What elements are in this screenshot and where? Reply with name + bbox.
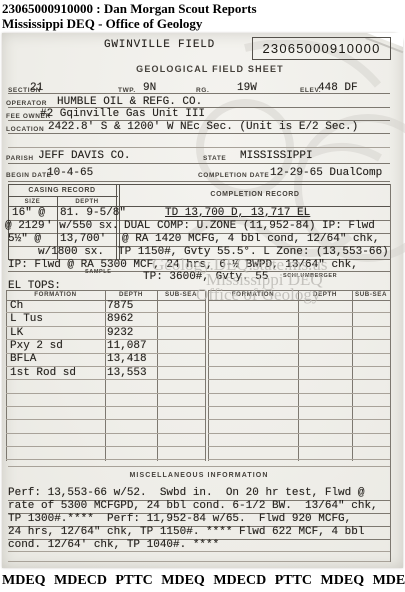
page-title: 23065000910000 : Dan Morgan Scout Report… — [2, 1, 257, 17]
field-name: GWINVILLE FIELD — [104, 40, 215, 51]
label-operator: OPERATOR — [6, 100, 47, 107]
record-segment: DUAL COMP: U.ZONE (11,952-84) IP: Flwd — [124, 221, 375, 232]
misc-line: 24 hrs, 12/64" chk, TP 1150#. **** Flwd … — [8, 527, 364, 538]
label-twp: TWP. — [118, 87, 136, 94]
el-tops-label: EL TOPS: — [8, 281, 61, 292]
el-tops-row: BFLA13,418 — [6, 353, 205, 366]
rule-line-horizontal — [8, 181, 390, 182]
page-subtitle: Mississippi DEQ - Office of Geology — [2, 16, 202, 32]
el-tops-row — [208, 327, 390, 340]
sheet-title: GEOLOGICAL FIELD SHEET — [110, 66, 310, 73]
rule-line-vertical — [390, 184, 391, 562]
el-tops-row — [208, 340, 390, 353]
rule-line-horizontal — [8, 196, 118, 197]
record-segment: 5½" @ — [8, 234, 41, 245]
el-tops-header-depth-left: DEPTH — [105, 291, 157, 298]
rule-line-horizontal — [8, 551, 390, 552]
label-state: STATE — [203, 155, 226, 162]
footer-stamp-row: MDEQ MDECD PTTC MDEQ MDECD PTTC MDEQ MDE… — [2, 573, 405, 589]
el-tops-cell-depth: 11,087 — [107, 341, 147, 352]
value-state: MISSISSIPPI — [240, 151, 313, 162]
el-tops-cell-depth: 9232 — [107, 328, 133, 339]
label-rg: RG. — [196, 87, 209, 94]
el-tops-row: L Tus8962 — [6, 313, 205, 326]
el-tops-row — [208, 353, 390, 366]
el-tops-cell-depth: 13,418 — [107, 354, 147, 365]
rule-line-vertical — [205, 291, 206, 461]
misc-title: MISCELLANEOUS INFORMATION — [8, 472, 390, 479]
value-fee-owner: #2 Gqinville Gas Unit III — [40, 109, 205, 120]
el-tops-cell-depth: 13,553 — [107, 368, 147, 379]
scout-report-page: { "page_header": { "line1": "23065000910… — [0, 0, 405, 592]
el-tops-row — [208, 407, 390, 420]
label-completion-date: COMPLETION DATE — [198, 172, 269, 179]
el-tops-cell-formation: 1st Rod sd — [10, 368, 76, 379]
value-elev: 448 DF — [318, 83, 358, 94]
el-tops-row — [6, 380, 205, 393]
el-tops-row — [208, 380, 390, 393]
el-tops-cell-formation: L Tus — [10, 314, 43, 325]
value-location: 2422.8' S & 1200' W NEc Sec. (Unit is E/… — [48, 122, 358, 133]
casing-col-size: SIZE — [8, 199, 57, 206]
value-rg: 19W — [237, 83, 257, 94]
el-tops-row: 1st Rod sd13,553 — [6, 367, 205, 380]
el-tops-row — [6, 420, 205, 433]
rule-line-horizontal — [8, 561, 390, 562]
el-tops-row: Ch7875 — [6, 300, 205, 313]
misc-line: TP 1300#.**** Perf: 11,952-84 w/65. Flwd… — [8, 514, 351, 525]
record-segment: 81. 9-5/8" — [60, 208, 126, 219]
el-tops-cell-formation: BFLA — [10, 354, 36, 365]
el-tops-row — [6, 434, 205, 447]
record-segment: ' w/550 sx. — [46, 221, 119, 232]
el-tops-row — [208, 367, 390, 380]
el-tops-cell-formation: Ch — [10, 301, 23, 312]
el-tops-row: LK9232 — [6, 327, 205, 340]
record-segment: TD 13,700 D, 13,717 EL — [165, 208, 310, 219]
el-tops-header-formation-left: FORMATION — [6, 291, 105, 298]
rule-line-horizontal — [8, 147, 390, 148]
record-segment: @ 2129 — [5, 221, 45, 232]
casing-record-title: CASING RECORD — [8, 187, 116, 194]
label-begin-date: BEGIN DATE — [6, 172, 52, 179]
value-parish: JEFF DAVIS CO. — [38, 151, 130, 162]
record-segment: w/1800 sx. — [38, 247, 104, 258]
completion-record-title: COMPLETION RECORD — [120, 191, 390, 198]
el-tops-row — [6, 447, 205, 460]
rule-line-horizontal — [8, 184, 390, 185]
misc-line: cond. 12/64' chk, TP 1040#. **** — [8, 540, 219, 551]
el-tops-cell-formation: Pxy 2 sd — [10, 341, 63, 352]
el-tops-row — [6, 407, 205, 420]
record-segment: 13,700' — [60, 234, 106, 245]
value-twp: 9N — [143, 83, 156, 94]
value-completion-date: 12-29-65 DualComp — [270, 168, 382, 179]
el-tops-row — [208, 447, 390, 460]
api-number: 23065000910000 — [262, 41, 380, 56]
el-tops-row — [208, 420, 390, 433]
el-tops-row — [208, 313, 390, 326]
el-tops-cell-formation: LK — [10, 328, 23, 339]
record-segment: @ RA 1420 MCFG, 4 bbl cond, 12/64" chk, — [122, 234, 379, 245]
casing-col-depth: DEPTH — [58, 199, 116, 206]
record-segment: 16" @ — [12, 208, 45, 219]
label-parish: PARISH — [6, 155, 34, 162]
el-tops-row — [208, 394, 390, 407]
el-tops-cell-depth: 7875 — [107, 301, 133, 312]
el-tops-row: Pxy 2 sd11,087 — [6, 340, 205, 353]
el-tops-header-subsea-right: SUB-SEA — [352, 291, 390, 298]
value-section: 21 — [30, 83, 43, 94]
misc-line: rate of 5300 MCFGPD, 24 bbl cond. 6-1/2 … — [8, 501, 378, 512]
rule-line-horizontal — [8, 466, 390, 467]
el-tops-row — [208, 434, 390, 447]
el-tops-cell-depth: 8962 — [107, 314, 133, 325]
misc-line: Perf: 13,553-66 w/52. Swbd in. On 20 hr … — [8, 488, 364, 499]
value-operator: HUMBLE OIL & REFG. CO. — [57, 97, 202, 108]
rule-line-horizontal — [8, 163, 390, 164]
el-tops-row — [6, 394, 205, 407]
label-location: LOCATION — [6, 126, 44, 133]
watermark-office-text: Office of Geology — [196, 286, 320, 303]
value-begin-date: 10-4-65 — [47, 168, 93, 179]
rule-line-horizontal — [8, 133, 390, 134]
api-number-box: 23065000910000 — [252, 37, 391, 60]
